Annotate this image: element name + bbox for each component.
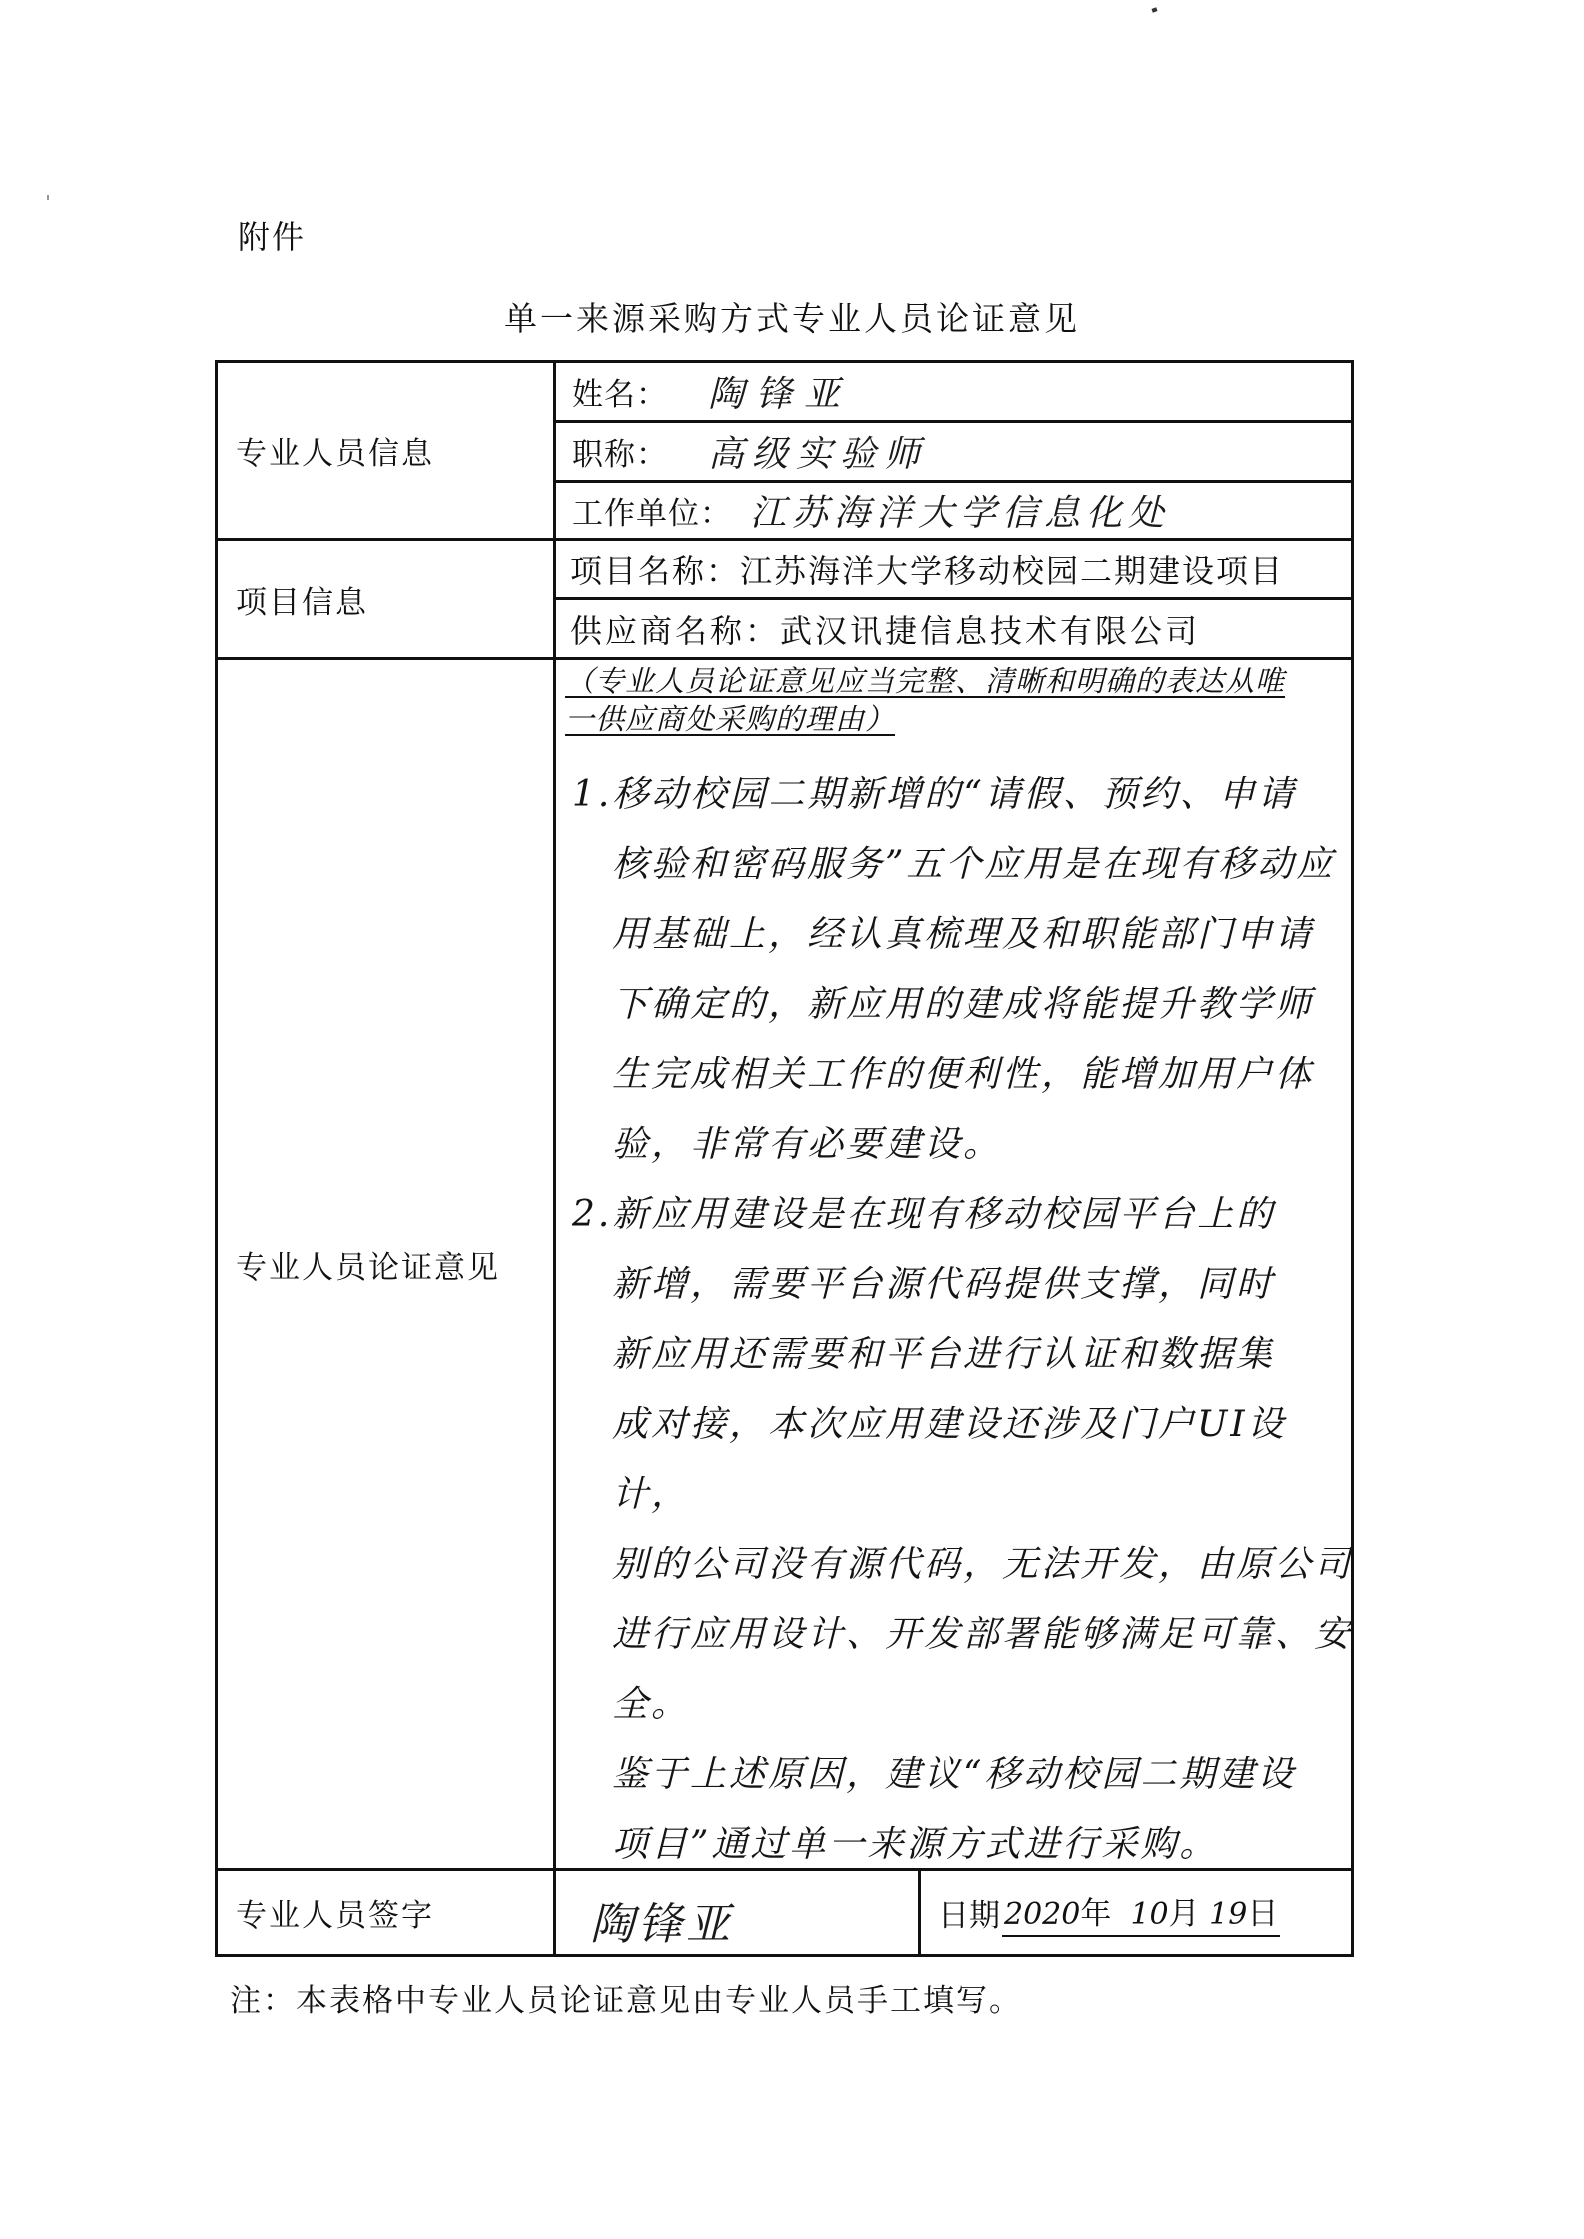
project-name-value: 江苏海洋大学移动校园二期建设项目: [740, 546, 1284, 592]
instruction-line-2: 一供应商处采购的理由）: [565, 702, 895, 736]
document-title: 单一来源采购方式专业人员论证意见: [0, 293, 1584, 340]
signature-date-divider: [918, 1868, 921, 1956]
project-name-label: 项目名称：: [570, 546, 740, 592]
date-month: 10: [1130, 1897, 1168, 1932]
attachment-label: 附件: [238, 212, 306, 258]
opinion-label: 专业人员论证意见: [236, 660, 500, 1868]
signature-label: 专业人员签字: [236, 1871, 434, 1954]
opinion-line: 验，非常有必要建设。: [572, 1110, 1357, 1180]
project-name-field: 项目名称： 江苏海洋大学移动校园二期建设项目: [570, 541, 1284, 597]
opinion-line: 新应用还需要和平台进行认证和数据集: [572, 1320, 1357, 1390]
opinion-line: 进行应用设计、开发部署能够满足可靠、安全。: [572, 1600, 1357, 1740]
footnote: 注：本表格中专业人员论证意见由专业人员手工填写。: [230, 1975, 1022, 2020]
date-day-unit: 日: [1247, 1896, 1278, 1932]
work-unit-value: 江苏海洋大学信息化处: [750, 485, 1170, 536]
work-unit-field[interactable]: 工作单位： 江苏海洋大学信息化处: [572, 483, 1170, 538]
scan-artifact-mark: [1151, 7, 1157, 12]
opinion-line: 鉴于上述原因，建议“移动校园二期建设: [572, 1740, 1357, 1810]
project-info-label: 项目信息: [236, 541, 368, 657]
name-field[interactable]: 姓名： 陶锋亚: [572, 363, 852, 420]
supplier-label: 供应商名称：: [570, 606, 780, 652]
opinion-line: 用基础上，经认真梳理及和职能部门申请: [572, 900, 1357, 970]
opinion-instruction: （专业人员论证意见应当完整、清晰和明确的表达从唯 一供应商处采购的理由）: [565, 662, 1355, 738]
opinion-line: 生完成相关工作的便利性，能增加用户体: [572, 1040, 1357, 1110]
name-value: 陶锋亚: [708, 366, 852, 417]
signature-value[interactable]: 陶锋亚: [590, 1888, 734, 1952]
date-label: 日期: [938, 1890, 1000, 1935]
name-label: 姓名：: [572, 369, 668, 414]
date-day: 19: [1209, 1897, 1247, 1932]
date-field[interactable]: 日期 2020年 10月 19日: [938, 1882, 1280, 1942]
title-field[interactable]: 职称： 高级实验师: [572, 423, 928, 480]
table-border-left: [215, 360, 218, 1957]
opinion-line: 成对接，本次应用建设还涉及门户UI设计，: [572, 1390, 1357, 1530]
opinion-line: 项目”通过单一来源方式进行采购。: [572, 1810, 1357, 1880]
expert-info-label: 专业人员信息: [236, 363, 434, 538]
date-year-unit: 年: [1080, 1896, 1111, 1932]
supplier-value: 武汉讯捷信息技术有限公司: [780, 606, 1200, 652]
scan-artifact-mark: [47, 195, 49, 200]
opinion-line: 别的公司没有源代码，无法开发，由原公司: [572, 1530, 1357, 1600]
opinion-line: 下确定的，新应用的建成将能提升教学师: [572, 970, 1357, 1040]
opinion-line: 1.移动校园二期新增的“请假、预约、申请: [572, 760, 1357, 830]
date-month-unit: 月: [1169, 1896, 1200, 1932]
date-year: 2020: [1004, 1897, 1080, 1932]
opinion-text-area[interactable]: 1.移动校园二期新增的“请假、预约、申请 核验和密码服务”五个应用是在现有移动应…: [572, 760, 1357, 1880]
opinion-line: 2.新应用建设是在现有移动校园平台上的: [572, 1180, 1357, 1250]
opinion-line: 核验和密码服务”五个应用是在现有移动应: [572, 830, 1357, 900]
table-border-bottom: [215, 1954, 1354, 1957]
instruction-line-1: （专业人员论证意见应当完整、清晰和明确的表达从唯: [565, 664, 1285, 698]
supplier-field: 供应商名称： 武汉讯捷信息技术有限公司: [570, 600, 1200, 657]
work-unit-label: 工作单位：: [572, 488, 732, 533]
title-value: 高级实验师: [708, 426, 928, 477]
opinion-line: 新增，需要平台源代码提供支撑，同时: [572, 1250, 1357, 1320]
title-label: 职称：: [572, 429, 668, 474]
date-value: 2020年 10月 19日: [1002, 1888, 1280, 1937]
